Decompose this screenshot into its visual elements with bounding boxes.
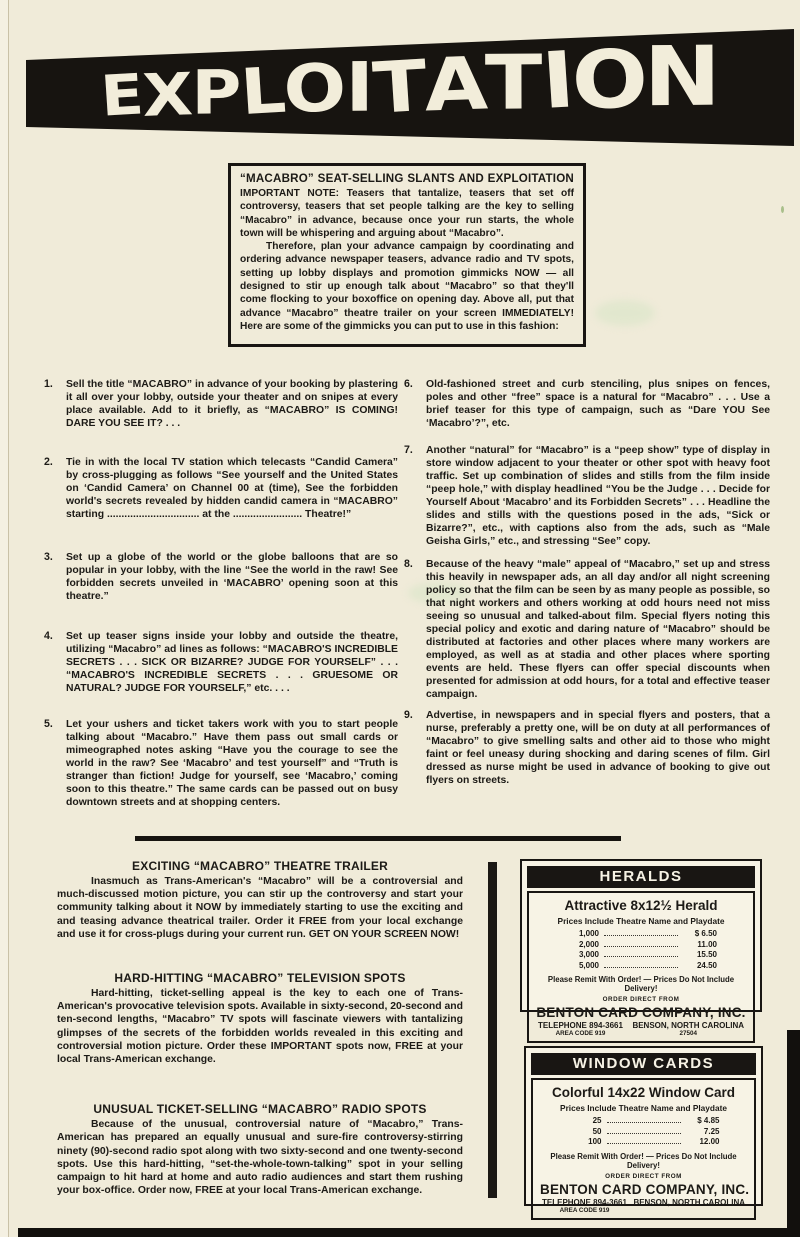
price-qty: 25 bbox=[568, 1116, 602, 1127]
item-number: 7. bbox=[404, 444, 426, 548]
item-text: Because of the heavy “male” appeal of “M… bbox=[426, 558, 770, 701]
article-body: Hard-hitting, ticket-selling appeal is t… bbox=[57, 987, 463, 1066]
telephone: TELEPHONE 894-3661 bbox=[538, 1021, 623, 1030]
price-value: 7.25 bbox=[686, 1127, 720, 1138]
price-row: 5,000 24.50 bbox=[565, 961, 717, 972]
promo-articles: EXCITING “MACABRO” THEATRE TRAILER Inasm… bbox=[57, 859, 463, 1197]
price-row: 50 7.25 bbox=[568, 1127, 720, 1138]
heralds-note: Prices Include Theatre Name and Playdate bbox=[536, 916, 746, 926]
item-number: 2. bbox=[44, 456, 66, 521]
column-divider-bar bbox=[488, 862, 497, 1198]
window-cards-inner-box: Colorful 14x22 Window Card Prices Includ… bbox=[531, 1078, 756, 1220]
intro-heading: “MACABRO” SEAT-SELLING SLANTS AND EXPLOI… bbox=[240, 172, 574, 185]
dotted-leader bbox=[604, 967, 678, 968]
gimmick-list-right: 6. Old-fashioned street and curb stencil… bbox=[404, 378, 770, 787]
list-item: 1. Sell the title “MACABRO” in advance o… bbox=[44, 378, 398, 430]
company-contact: TELEPHONE 894-3661 AREA CODE 919 BENSON,… bbox=[536, 1021, 746, 1037]
article-heading: EXCITING “MACABRO” THEATRE TRAILER bbox=[57, 859, 463, 873]
city-block: BENSON, NORTH CAROLINA 27504 bbox=[632, 1021, 744, 1037]
item-text: Tie in with the local TV station which t… bbox=[66, 456, 398, 521]
company-contact: TELEPHONE 894-3661 AREA CODE 919 BENSON,… bbox=[540, 1198, 747, 1214]
list-item: 8. Because of the heavy “male” appeal of… bbox=[404, 558, 770, 701]
order-direct-note: ORDER DIRECT FROM bbox=[536, 996, 746, 1003]
list-item: 3. Set up a globe of the world or the gl… bbox=[44, 551, 398, 603]
price-qty: 3,000 bbox=[565, 950, 599, 961]
heralds-ad-box: HERALDS Attractive 8x12½ Herald Prices I… bbox=[520, 859, 762, 1012]
window-cards-subheading: Colorful 14x22 Window Card bbox=[540, 1085, 747, 1100]
article-theatre-trailer: EXCITING “MACABRO” THEATRE TRAILER Inasm… bbox=[57, 859, 463, 941]
page-bottom-edge bbox=[18, 1228, 800, 1237]
exploitation-banner: EXPLOITATION bbox=[26, 24, 794, 150]
price-row: 1,000 $ 6.50 bbox=[565, 929, 717, 940]
scan-smudge bbox=[595, 300, 655, 326]
area-code: AREA CODE 919 bbox=[542, 1207, 627, 1214]
item-text: Advertise, in newspapers and in special … bbox=[426, 709, 770, 787]
price-qty: 50 bbox=[568, 1127, 602, 1138]
pressbook-page: EXPLOITATION “MACABRO” SEAT-SELLING SLAN… bbox=[0, 0, 800, 1237]
item-text: Let your ushers and ticket takers work w… bbox=[66, 718, 398, 809]
dotted-leader bbox=[607, 1133, 681, 1134]
intro-paragraph-2: Therefore, plan your advance campaign by… bbox=[240, 240, 574, 333]
window-cards-note: Prices Include Theatre Name and Playdate bbox=[540, 1103, 747, 1113]
company-name: BENTON CARD COMPANY, INC. bbox=[536, 1005, 746, 1020]
phone-block: TELEPHONE 894-3661 AREA CODE 919 bbox=[542, 1198, 627, 1214]
city: BENSON, NORTH CAROLINA bbox=[632, 1021, 744, 1030]
window-cards-ad-box: WINDOW CARDS Colorful 14x22 Window Card … bbox=[524, 1046, 763, 1206]
telephone: TELEPHONE 894-3661 bbox=[542, 1198, 627, 1207]
list-item: 5. Let your ushers and ticket takers wor… bbox=[44, 718, 398, 809]
banner-title: EXPLOITATION bbox=[32, 12, 788, 163]
page-right-edge bbox=[787, 1030, 800, 1237]
article-television-spots: HARD-HITTING “MACABRO” TELEVISION SPOTS … bbox=[57, 971, 463, 1066]
list-item: 7. Another “natural” for “Macabro” is a … bbox=[404, 444, 770, 548]
price-qty: 100 bbox=[568, 1137, 602, 1148]
list-item: 2. Tie in with the local TV station whic… bbox=[44, 456, 398, 521]
green-speckle bbox=[781, 206, 784, 213]
city: BENSON, NORTH CAROLINA bbox=[633, 1198, 745, 1207]
list-item: 9. Advertise, in newspapers and in speci… bbox=[404, 709, 770, 787]
item-number: 3. bbox=[44, 551, 66, 603]
price-value: $ 6.50 bbox=[683, 929, 717, 940]
item-number: 6. bbox=[404, 378, 426, 430]
item-text: Another “natural” for “Macabro” is a “pe… bbox=[426, 444, 770, 548]
remit-note: Please Remit With Order! — Prices Do Not… bbox=[540, 1152, 747, 1170]
phone-block: TELEPHONE 894-3661 AREA CODE 919 bbox=[538, 1021, 623, 1037]
item-text: Sell the title “MACABRO” in advance of y… bbox=[66, 378, 398, 430]
dotted-leader bbox=[604, 956, 678, 957]
dotted-leader bbox=[607, 1122, 681, 1123]
item-text: Set up a globe of the world or the globe… bbox=[66, 551, 398, 603]
intro-box: “MACABRO” SEAT-SELLING SLANTS AND EXPLOI… bbox=[228, 163, 586, 347]
price-qty: 2,000 bbox=[565, 940, 599, 951]
company-name: BENTON CARD COMPANY, INC. bbox=[540, 1182, 747, 1197]
list-item: 6. Old-fashioned street and curb stencil… bbox=[404, 378, 770, 430]
gimmick-list-left: 1. Sell the title “MACABRO” in advance o… bbox=[44, 378, 398, 809]
price-value: $ 4.85 bbox=[686, 1116, 720, 1127]
order-direct-note: ORDER DIRECT FROM bbox=[540, 1173, 747, 1180]
price-qty: 5,000 bbox=[565, 961, 599, 972]
item-number: 5. bbox=[44, 718, 66, 809]
price-value: 11.00 bbox=[683, 940, 717, 951]
section-divider-bar bbox=[135, 836, 621, 841]
price-row: 2,000 11.00 bbox=[565, 940, 717, 951]
heralds-price-table: 1,000 $ 6.50 2,000 11.00 3,000 15.50 5,0… bbox=[565, 929, 717, 971]
article-body: Inasmuch as Trans-American's “Macabro” w… bbox=[57, 875, 463, 941]
window-cards-price-table: 25 $ 4.85 50 7.25 100 12.00 bbox=[568, 1116, 720, 1148]
item-text: Old-fashioned street and curb stenciling… bbox=[426, 378, 770, 430]
intro-paragraph-1: IMPORTANT NOTE: Teasers that tantalize, … bbox=[240, 187, 574, 240]
heralds-subheading: Attractive 8x12½ Herald bbox=[536, 898, 746, 913]
area-code: AREA CODE 919 bbox=[538, 1030, 623, 1037]
article-heading: UNUSUAL TICKET-SELLING “MACABRO” RADIO S… bbox=[57, 1102, 463, 1116]
heralds-inner-box: Attractive 8x12½ Herald Prices Include T… bbox=[527, 891, 755, 1043]
price-row: 25 $ 4.85 bbox=[568, 1116, 720, 1127]
city-block: BENSON, NORTH CAROLINA bbox=[633, 1198, 745, 1214]
heralds-header: HERALDS bbox=[527, 866, 755, 888]
item-number: 4. bbox=[44, 630, 66, 695]
dotted-leader bbox=[607, 1143, 681, 1144]
price-value: 24.50 bbox=[683, 961, 717, 972]
price-value: 15.50 bbox=[683, 950, 717, 961]
price-row: 3,000 15.50 bbox=[565, 950, 717, 961]
item-number: 8. bbox=[404, 558, 426, 701]
price-qty: 1,000 bbox=[565, 929, 599, 940]
page-left-edge bbox=[0, 0, 9, 1237]
dotted-leader bbox=[604, 946, 678, 947]
price-value: 12.00 bbox=[686, 1137, 720, 1148]
window-cards-header: WINDOW CARDS bbox=[531, 1053, 756, 1075]
dotted-leader bbox=[604, 935, 678, 936]
remit-note: Please Remit With Order! — Prices Do Not… bbox=[536, 975, 746, 993]
zip-code: 27504 bbox=[632, 1030, 744, 1037]
list-item: 4. Set up teaser signs inside your lobby… bbox=[44, 630, 398, 695]
price-row: 100 12.00 bbox=[568, 1137, 720, 1148]
article-body: Because of the unusual, controversial na… bbox=[57, 1118, 463, 1197]
item-number: 1. bbox=[44, 378, 66, 430]
article-radio-spots: UNUSUAL TICKET-SELLING “MACABRO” RADIO S… bbox=[57, 1102, 463, 1197]
item-text: Set up teaser signs inside your lobby an… bbox=[66, 630, 398, 695]
article-heading: HARD-HITTING “MACABRO” TELEVISION SPOTS bbox=[57, 971, 463, 985]
item-number: 9. bbox=[404, 709, 426, 787]
